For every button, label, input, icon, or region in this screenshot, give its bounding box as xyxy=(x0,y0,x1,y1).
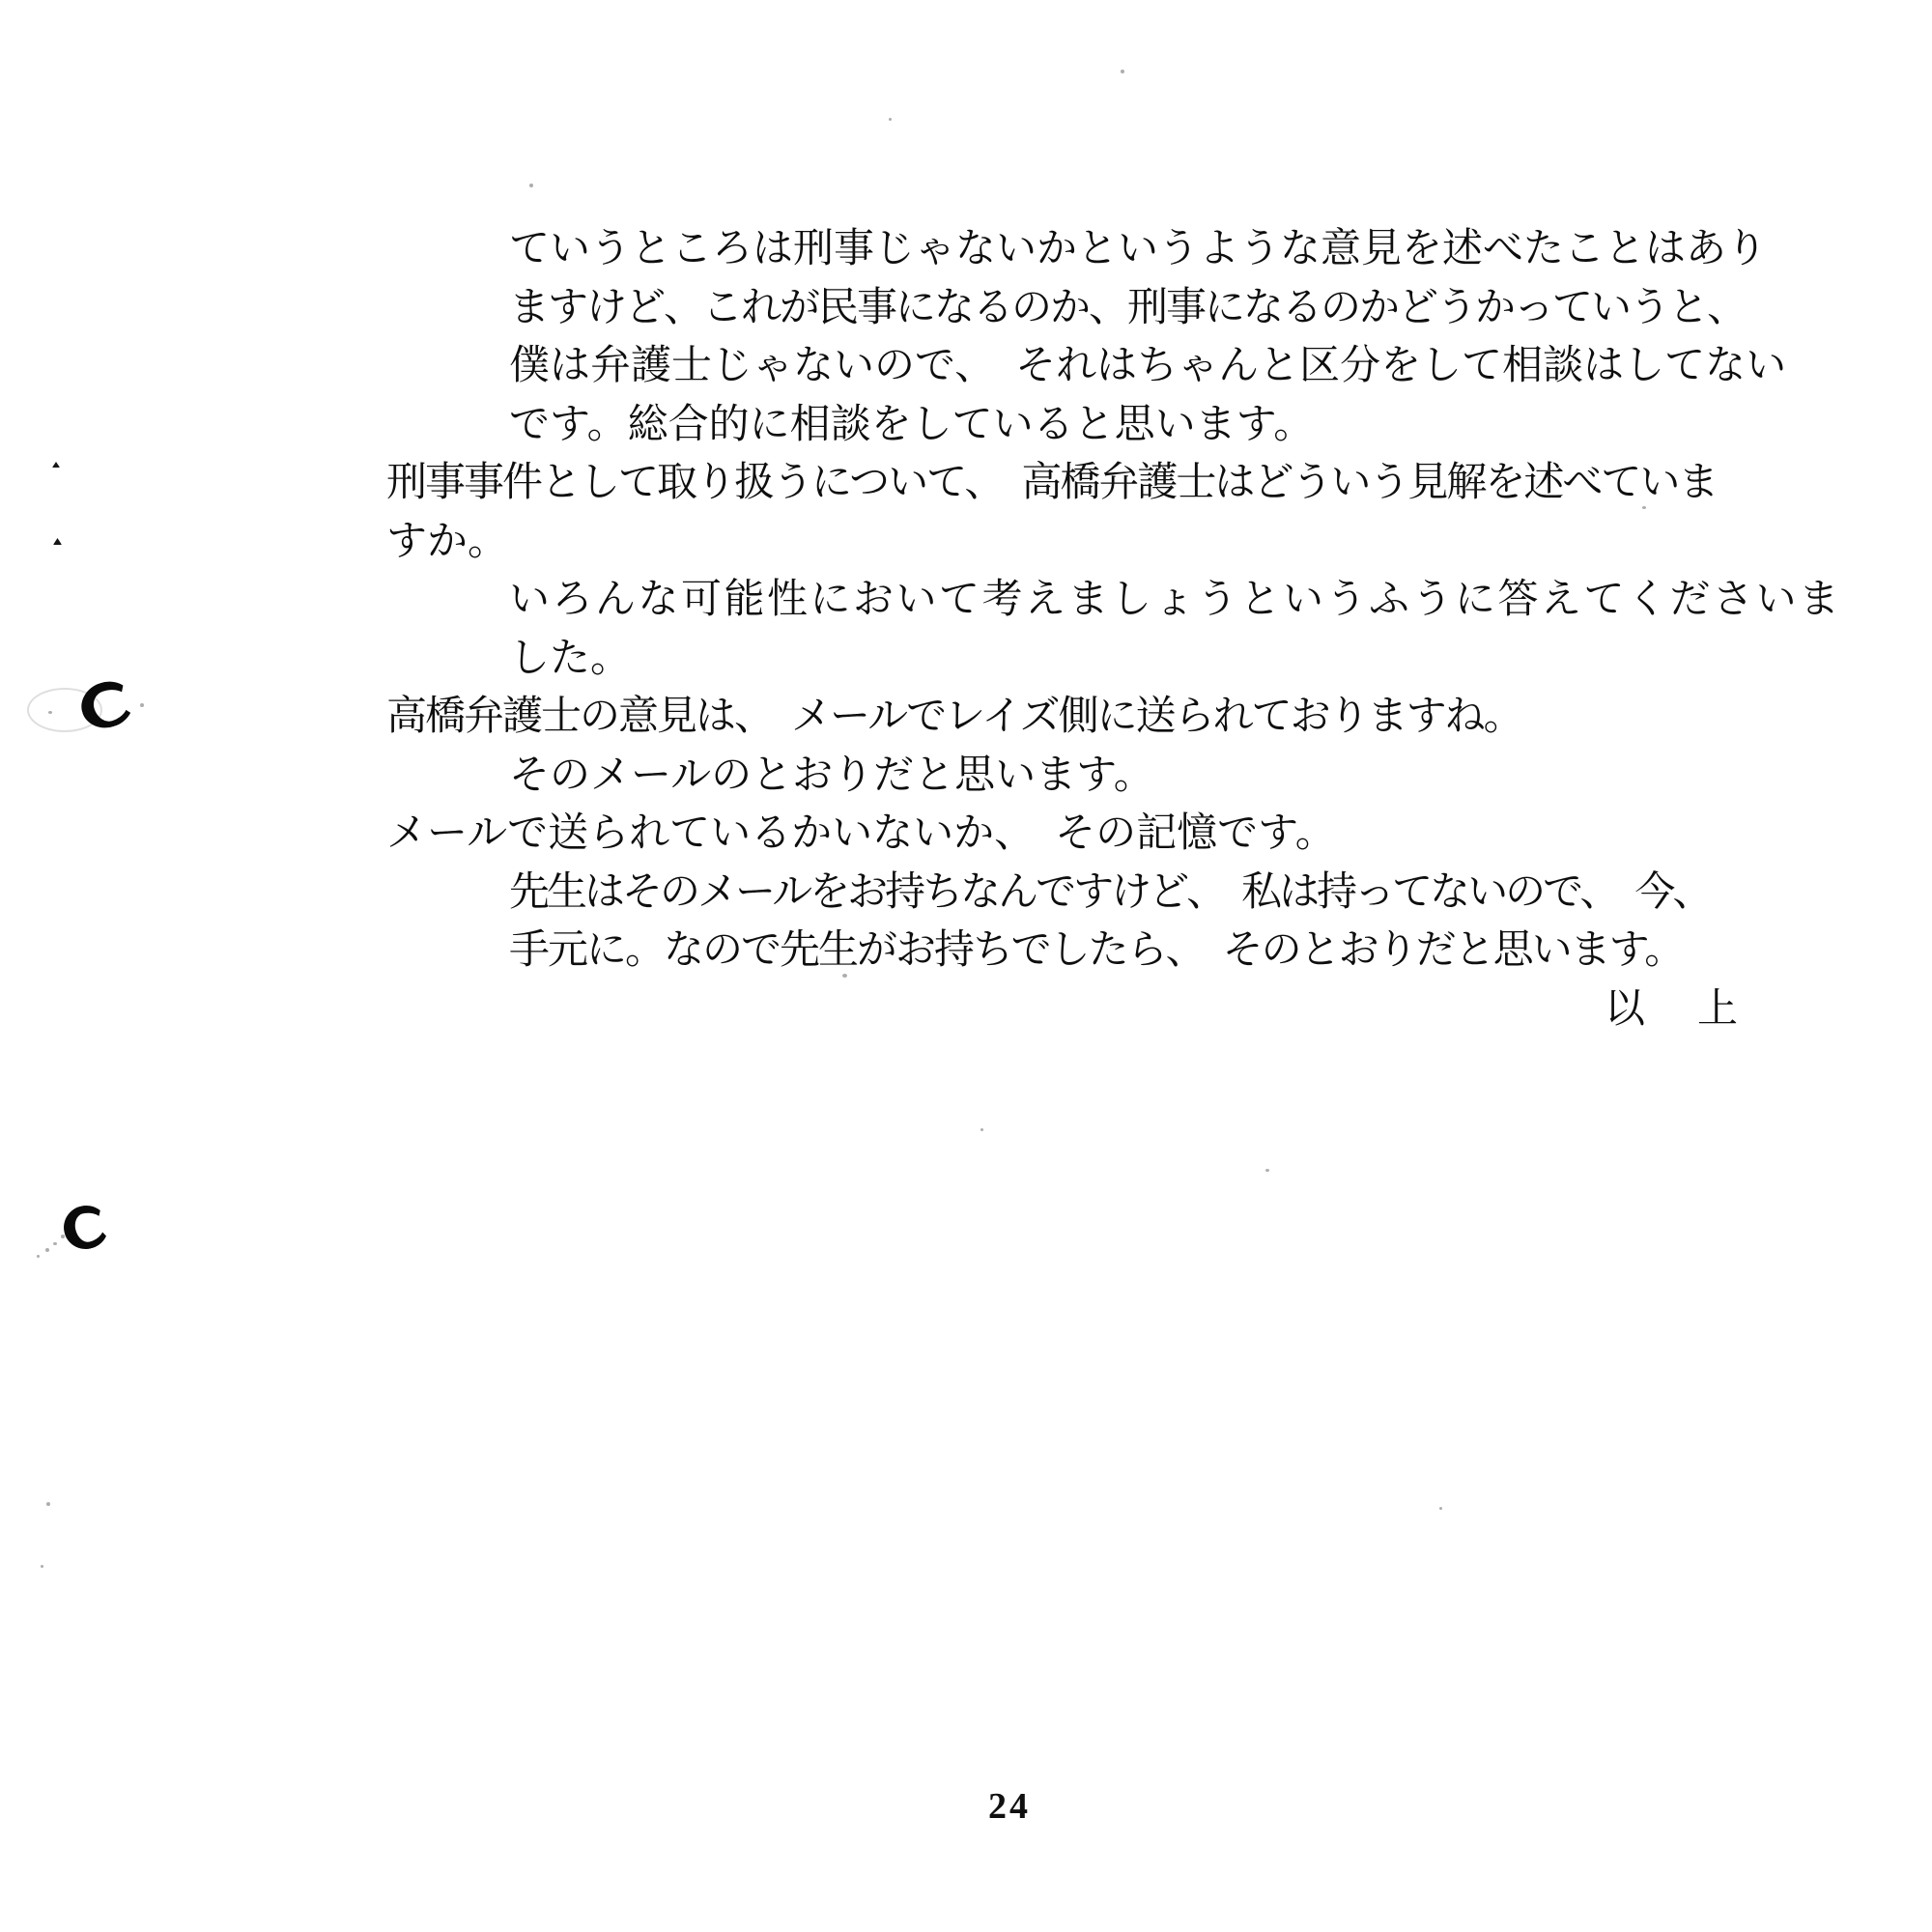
transcript-line-7: いろんな可能性において考えましょうというふうに答えてくださいま xyxy=(386,571,1768,630)
scan-speck xyxy=(46,1502,50,1506)
transcript-line-12: 先生はそのメールをお持ちなんですけど、 私は持ってないので、 今、 xyxy=(386,864,1768,923)
transcript-line-13: 手元に。なので先生がお持ちでしたら、 そのとおりだと思います。 xyxy=(386,922,1768,980)
scan-speck xyxy=(140,703,144,707)
scan-speck xyxy=(45,1248,49,1252)
transcript-line-10: そのメールのとおりだと思います。 xyxy=(386,747,1768,806)
scanned-transcript-page: ていうところは刑事じゃないかというような意見を述べたことはあり ますけど、これが… xyxy=(0,0,1932,1932)
scan-speck xyxy=(37,1255,40,1258)
scan-speck xyxy=(41,1565,43,1568)
transcript-line-5: 刑事事件として取り扱うについて、 高橋弁護士はどういう見解を述べていま xyxy=(386,454,1768,513)
scan-speck xyxy=(1265,1169,1269,1172)
closing-mark: 以 上 xyxy=(386,980,1768,1039)
scan-speck xyxy=(53,538,62,545)
transcript-line-1: ていうところは刑事じゃないかというような意見を述べたことはあり xyxy=(386,220,1768,279)
scan-speck xyxy=(529,184,533,187)
scan-speck xyxy=(1439,1507,1442,1510)
page-number: 24 xyxy=(966,1785,1053,1828)
scan-speck xyxy=(1121,70,1124,73)
transcript-line-8: した。 xyxy=(386,630,1768,689)
scan-speck xyxy=(980,1128,983,1131)
photocopy-crescent-mark-lower xyxy=(59,1201,113,1254)
scan-speck xyxy=(889,118,892,121)
scan-speck xyxy=(48,711,52,714)
transcript-line-4: です。総合的に相談をしていると思います。 xyxy=(386,396,1768,455)
scan-speck xyxy=(52,462,60,468)
transcript-line-3: 僕は弁護士じゃないので、 それはちゃんと区分をして相談はしてない xyxy=(386,337,1768,396)
transcript-line-6: すか。 xyxy=(386,513,1768,572)
transcript-line-2: ますけど、これが民事になるのか、刑事になるのかどうかっていうと、 xyxy=(386,279,1768,338)
scan-speck xyxy=(53,1242,57,1245)
transcript-line-11: メールで送られているかいないか、 その記憶です。 xyxy=(386,805,1768,864)
transcript-text-block: ていうところは刑事じゃないかというような意見を述べたことはあり ますけど、これが… xyxy=(386,220,1768,1038)
scan-speck xyxy=(61,1235,65,1238)
transcript-line-9: 高橋弁護士の意見は、 メールでレイズ側に送られておりますね。 xyxy=(386,688,1768,747)
